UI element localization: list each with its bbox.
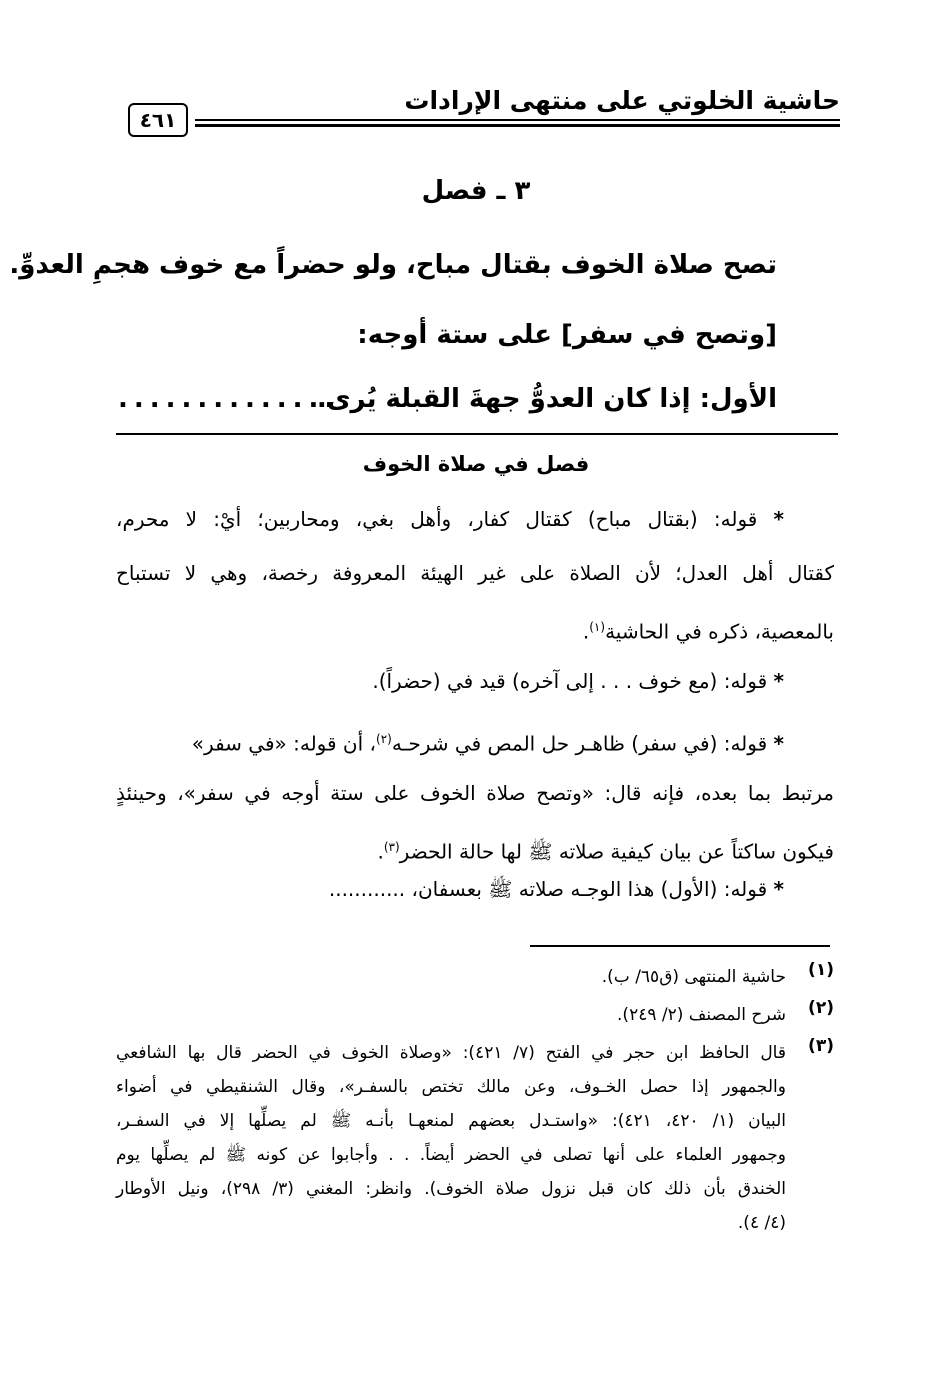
- commentary-paragraph-1: * قوله: (بقتال مباح) كقتال كفار، وأهل بغ…: [116, 492, 834, 654]
- footnote-line: البيان (١/ ٤٢٠، ٤٢١): «واستـدل بعضهم لمن…: [116, 1104, 786, 1138]
- star-marker-icon: *: [774, 877, 784, 901]
- commentary-line: مرتبط بما بعده، فإنه قال: «وتصح صلاة الخ…: [116, 766, 834, 820]
- footnote-number: (٣): [808, 1036, 834, 1056]
- header-double-rule: [195, 119, 840, 127]
- continuation-dots: ............: [329, 877, 405, 901]
- footnote-line: (٤/ ٤).: [116, 1206, 786, 1240]
- header-rule-line-thin: [195, 119, 840, 121]
- matn-line-1: تصح صلاة الخوف بقتال مباح، ولو حضراً مع …: [9, 250, 777, 280]
- commentary-paragraph-3: * قوله: (في سفر) ظاهـر حل المص في شرحـه(…: [116, 712, 834, 874]
- star-marker-icon: *: [774, 669, 784, 693]
- footnote-3: (٣) قال الحافظ ابن حجر في الفتح (٧/ ٤٢١)…: [116, 1036, 834, 1240]
- commentary-line: * قوله: (الأول) هذا الوجـه صلاته ﷺ بعسفا…: [116, 862, 834, 916]
- commentary-line: بالمعصية، ذكره في الحاشية(١).: [116, 600, 834, 654]
- footnotes: (١) حاشية المنتهى (ق٦٥/ ب). (٢) شرح المص…: [116, 960, 834, 1240]
- commentary-line: * قوله: (في سفر) ظاهـر حل المص في شرحـه(…: [116, 712, 834, 766]
- footnote-ref-3[interactable]: (٣): [384, 840, 400, 854]
- footnote-line: وجمهور العلماء على أنها تصلى في الحضر أي…: [116, 1138, 786, 1172]
- footnote-2: (٢) شرح المصنف (٢/ ٢٤٩).: [116, 998, 834, 1032]
- commentary-line: * قوله: (مع خوف . . . إلى آخره) قيد في (…: [116, 654, 834, 708]
- matn-line-2: [وتصح في سفر] على ستة أوجه:: [357, 320, 777, 350]
- page-number: ٤٦١: [128, 103, 188, 137]
- commentary-paragraph-2: * قوله: (مع خوف . . . إلى آخره) قيد في (…: [116, 654, 834, 708]
- footnote-line: حاشية المنتهى (ق٦٥/ ب).: [116, 960, 786, 994]
- footnote-ref-1[interactable]: (١): [589, 620, 605, 634]
- commentary-line: * قوله: (بقتال مباح) كقتال كفار، وأهل بغ…: [116, 492, 834, 546]
- star-marker-icon: *: [774, 732, 784, 756]
- footnote-number: (٢): [808, 998, 834, 1018]
- footnote-line: الخندق بأن ذلك كان قبل نزول صلاة الخوف).…: [116, 1172, 786, 1206]
- footnote-line: قال الحافظ ابن حجر في الفتح (٧/ ٤٢١): «و…: [116, 1036, 786, 1070]
- section-title: ٣ ـ فصل: [0, 176, 952, 206]
- footnote-separator-rule: [530, 945, 830, 947]
- matn-separator-rule: [116, 433, 838, 435]
- star-marker-icon: *: [774, 507, 784, 531]
- footnote-ref-2[interactable]: (٢): [376, 732, 392, 746]
- footnote-line: والجمهور إذا حصل الخـوف، وعن مالك تختص ب…: [116, 1070, 786, 1104]
- header-rule-line-thick: [195, 124, 840, 127]
- footnote-line: شرح المصنف (٢/ ٢٤٩).: [116, 998, 786, 1032]
- commentary-paragraph-4: * قوله: (الأول) هذا الوجـه صلاته ﷺ بعسفا…: [116, 862, 834, 916]
- matn-line-3: الأول: إذا كان العدوُّ جهةَ القبلة يُرى.: [317, 384, 777, 414]
- commentary-line: كقتال أهل العدل؛ لأن الصلاة على غير الهي…: [116, 546, 834, 600]
- footnote-number: (١): [808, 960, 834, 980]
- commentary-title: فصل في صلاة الخوف: [0, 452, 952, 476]
- running-header-title: حاشية الخلوتي على منتهى الإرادات: [404, 86, 840, 115]
- footnote-1: (١) حاشية المنتهى (ق٦٥/ ب).: [116, 960, 834, 994]
- matn-continuation-dots: ...............: [118, 384, 356, 414]
